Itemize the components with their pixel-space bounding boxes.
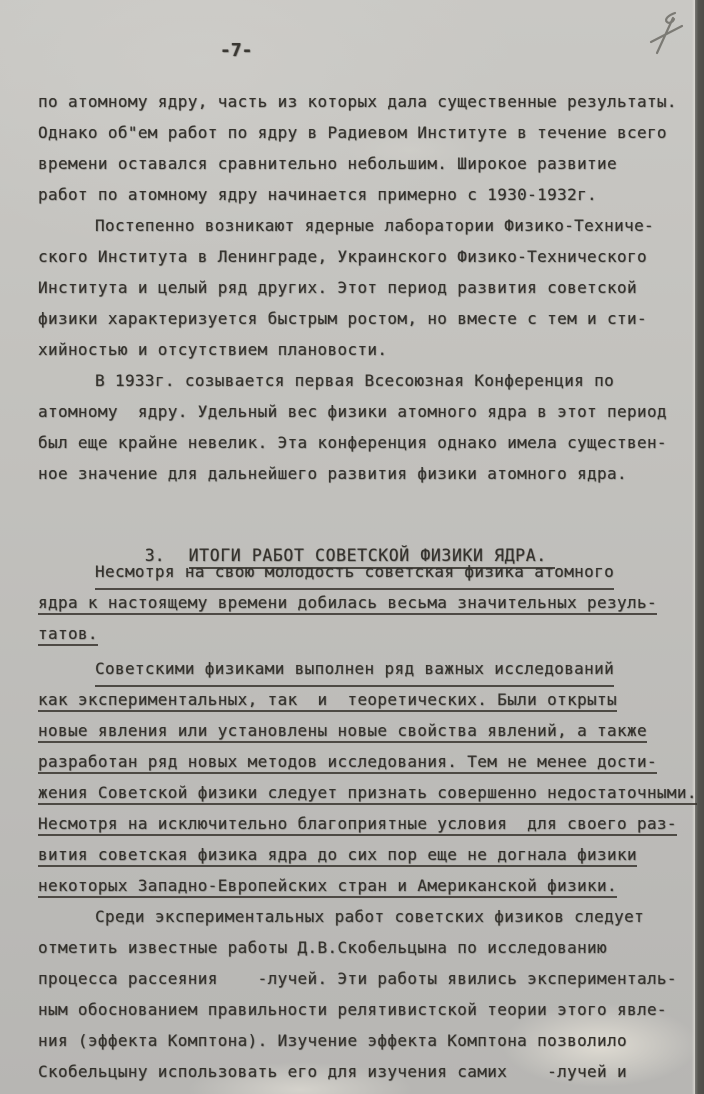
text-line: Несмотря на свою молодость советская физ… xyxy=(38,556,693,587)
text-line: некоторых Западно-Европейских стран и Ам… xyxy=(38,870,693,901)
typewritten-text: по атомному ядру, часть из которых дала … xyxy=(38,92,677,111)
typewritten-text: разработан ряд новых методов исследовани… xyxy=(38,752,657,774)
typewritten-text: был еще крайне невелик. Эта конференция … xyxy=(38,433,667,452)
typewritten-text: Среди экспериментальных работ советских … xyxy=(95,901,644,932)
typewritten-text: ное значение для дальнейшего развития фи… xyxy=(38,464,627,483)
text-line: отметить известные работы Д.В.Скобельцын… xyxy=(38,932,693,963)
text-line: В 1933г. созывается первая Всесоюзная Ко… xyxy=(38,365,693,396)
typewritten-text: Постепенно возникают ядерные лаборатории… xyxy=(95,210,654,241)
paragraph: Среди экспериментальных работ советских … xyxy=(38,901,693,1087)
text-line: Несмотря на исключительно благоприятные … xyxy=(38,808,693,839)
text-line: вития советская физика ядра до сих пор е… xyxy=(38,839,693,870)
paragraph: по атомному ядру, часть из которых дала … xyxy=(38,86,693,210)
typewritten-text: работ по атомному ядру начинается пример… xyxy=(38,185,597,204)
typewritten-text: ядра к настоящему времени добилась весьм… xyxy=(38,593,657,615)
text-line: времени оставался сравнительно небольшим… xyxy=(38,148,693,179)
typewritten-text: ния (эффекта Комптона). Изучение эффекта… xyxy=(38,1031,627,1050)
text-line: физики характеризуется быстрым ростом, н… xyxy=(38,303,693,334)
text-line: был еще крайне невелик. Эта конференция … xyxy=(38,427,693,458)
text-line: Среди экспериментальных работ советских … xyxy=(38,901,693,932)
typewritten-text: некоторых Западно-Европейских стран и Ам… xyxy=(38,876,617,898)
text-line: Скобельцыну использовать его для изучени… xyxy=(38,1056,693,1087)
typewritten-text: отметить известные работы Д.В.Скобельцын… xyxy=(38,938,607,957)
typewritten-text: ным обоснованием правильности релятивист… xyxy=(38,1000,667,1019)
document-body: по атомному ядру, часть из которых дала … xyxy=(38,86,693,1087)
paragraph: Постепенно возникают ядерные лаборатории… xyxy=(38,210,693,365)
typewritten-text: новые явления или установлены новые свой… xyxy=(38,721,647,743)
typewritten-text: хийностью и отсутствием плановости. xyxy=(38,340,387,359)
typewritten-text: татов. xyxy=(38,624,98,646)
typewritten-text: Скобельцыну использовать его для изучени… xyxy=(38,1062,627,1081)
typewritten-text: физики характеризуется быстрым ростом, н… xyxy=(38,309,647,328)
text-line: по атомному ядру, часть из которых дала … xyxy=(38,86,693,117)
typewritten-text: ского Института в Ленинграде, Украинског… xyxy=(38,247,647,266)
typewritten-text: вития советская физика ядра до сих пор е… xyxy=(38,845,637,867)
text-line: жения Советской физики следует признать … xyxy=(38,777,693,808)
text-line: хийностью и отсутствием плановости. xyxy=(38,334,693,365)
text-line: как экспериментальных, так и теоретическ… xyxy=(38,684,693,715)
text-line: ния (эффекта Комптона). Изучение эффекта… xyxy=(38,1025,693,1056)
text-line: Постепенно возникают ядерные лаборатории… xyxy=(38,210,693,241)
text-line: татов. xyxy=(38,618,693,649)
typewritten-text: атомному ядру. Удельный вес физики атомн… xyxy=(38,402,667,421)
text-line: ным обоснованием правильности релятивист… xyxy=(38,994,693,1025)
text-line: разработан ряд новых методов исследовани… xyxy=(38,746,693,777)
text-line: Однако об"ем работ по ядру в Радиевом Ин… xyxy=(38,117,693,148)
scan-edge-shadow xyxy=(695,0,704,1094)
typewritten-text: процесса рассеяния -лучей. Эти работы яв… xyxy=(38,969,677,988)
page-number: -7- xyxy=(220,40,253,61)
typewritten-text: Советскими физиками выполнен ряд важных … xyxy=(95,653,614,687)
text-line: процесса рассеяния -лучей. Эти работы яв… xyxy=(38,963,693,994)
text-line: Советскими физиками выполнен ряд важных … xyxy=(38,653,693,684)
typewritten-text: Однако об"ем работ по ядру в Радиевом Ин… xyxy=(38,123,667,142)
paragraph: Несмотря на свою молодость советская физ… xyxy=(38,556,693,649)
typewritten-text: В 1933г. созывается первая Всесоюзная Ко… xyxy=(95,365,614,396)
typewritten-text: как экспериментальных, так и теоретическ… xyxy=(38,690,617,712)
handwritten-pencil-mark-icon xyxy=(644,6,688,64)
text-line: работ по атомному ядру начинается пример… xyxy=(38,179,693,210)
paragraph: Советскими физиками выполнен ряд важных … xyxy=(38,653,693,901)
text-line: ядра к настоящему времени добилась весьм… xyxy=(38,587,693,618)
section-heading: 3.ИТОГИ РАБОТ СОВЕТСКОЙ ФИЗИКИ ЯДРА. xyxy=(38,509,693,542)
typewritten-text: Института и целый ряд других. Этот перио… xyxy=(38,278,637,297)
typewritten-text: Несмотря на исключительно благоприятные … xyxy=(38,814,677,836)
typewritten-text: времени оставался сравнительно небольшим… xyxy=(38,154,617,173)
typewritten-text: жения Советской физики следует признать … xyxy=(38,783,697,805)
text-line: атомному ядру. Удельный вес физики атомн… xyxy=(38,396,693,427)
text-line: ского Института в Ленинграде, Украинског… xyxy=(38,241,693,272)
text-line: новые явления или установлены новые свой… xyxy=(38,715,693,746)
typewritten-text: Несмотря на свою молодость советская физ… xyxy=(95,556,614,590)
text-line: Института и целый ряд других. Этот перио… xyxy=(38,272,693,303)
text-line: ное значение для дальнейшего развития фи… xyxy=(38,458,693,489)
paragraph: В 1933г. созывается первая Всесоюзная Ко… xyxy=(38,365,693,489)
